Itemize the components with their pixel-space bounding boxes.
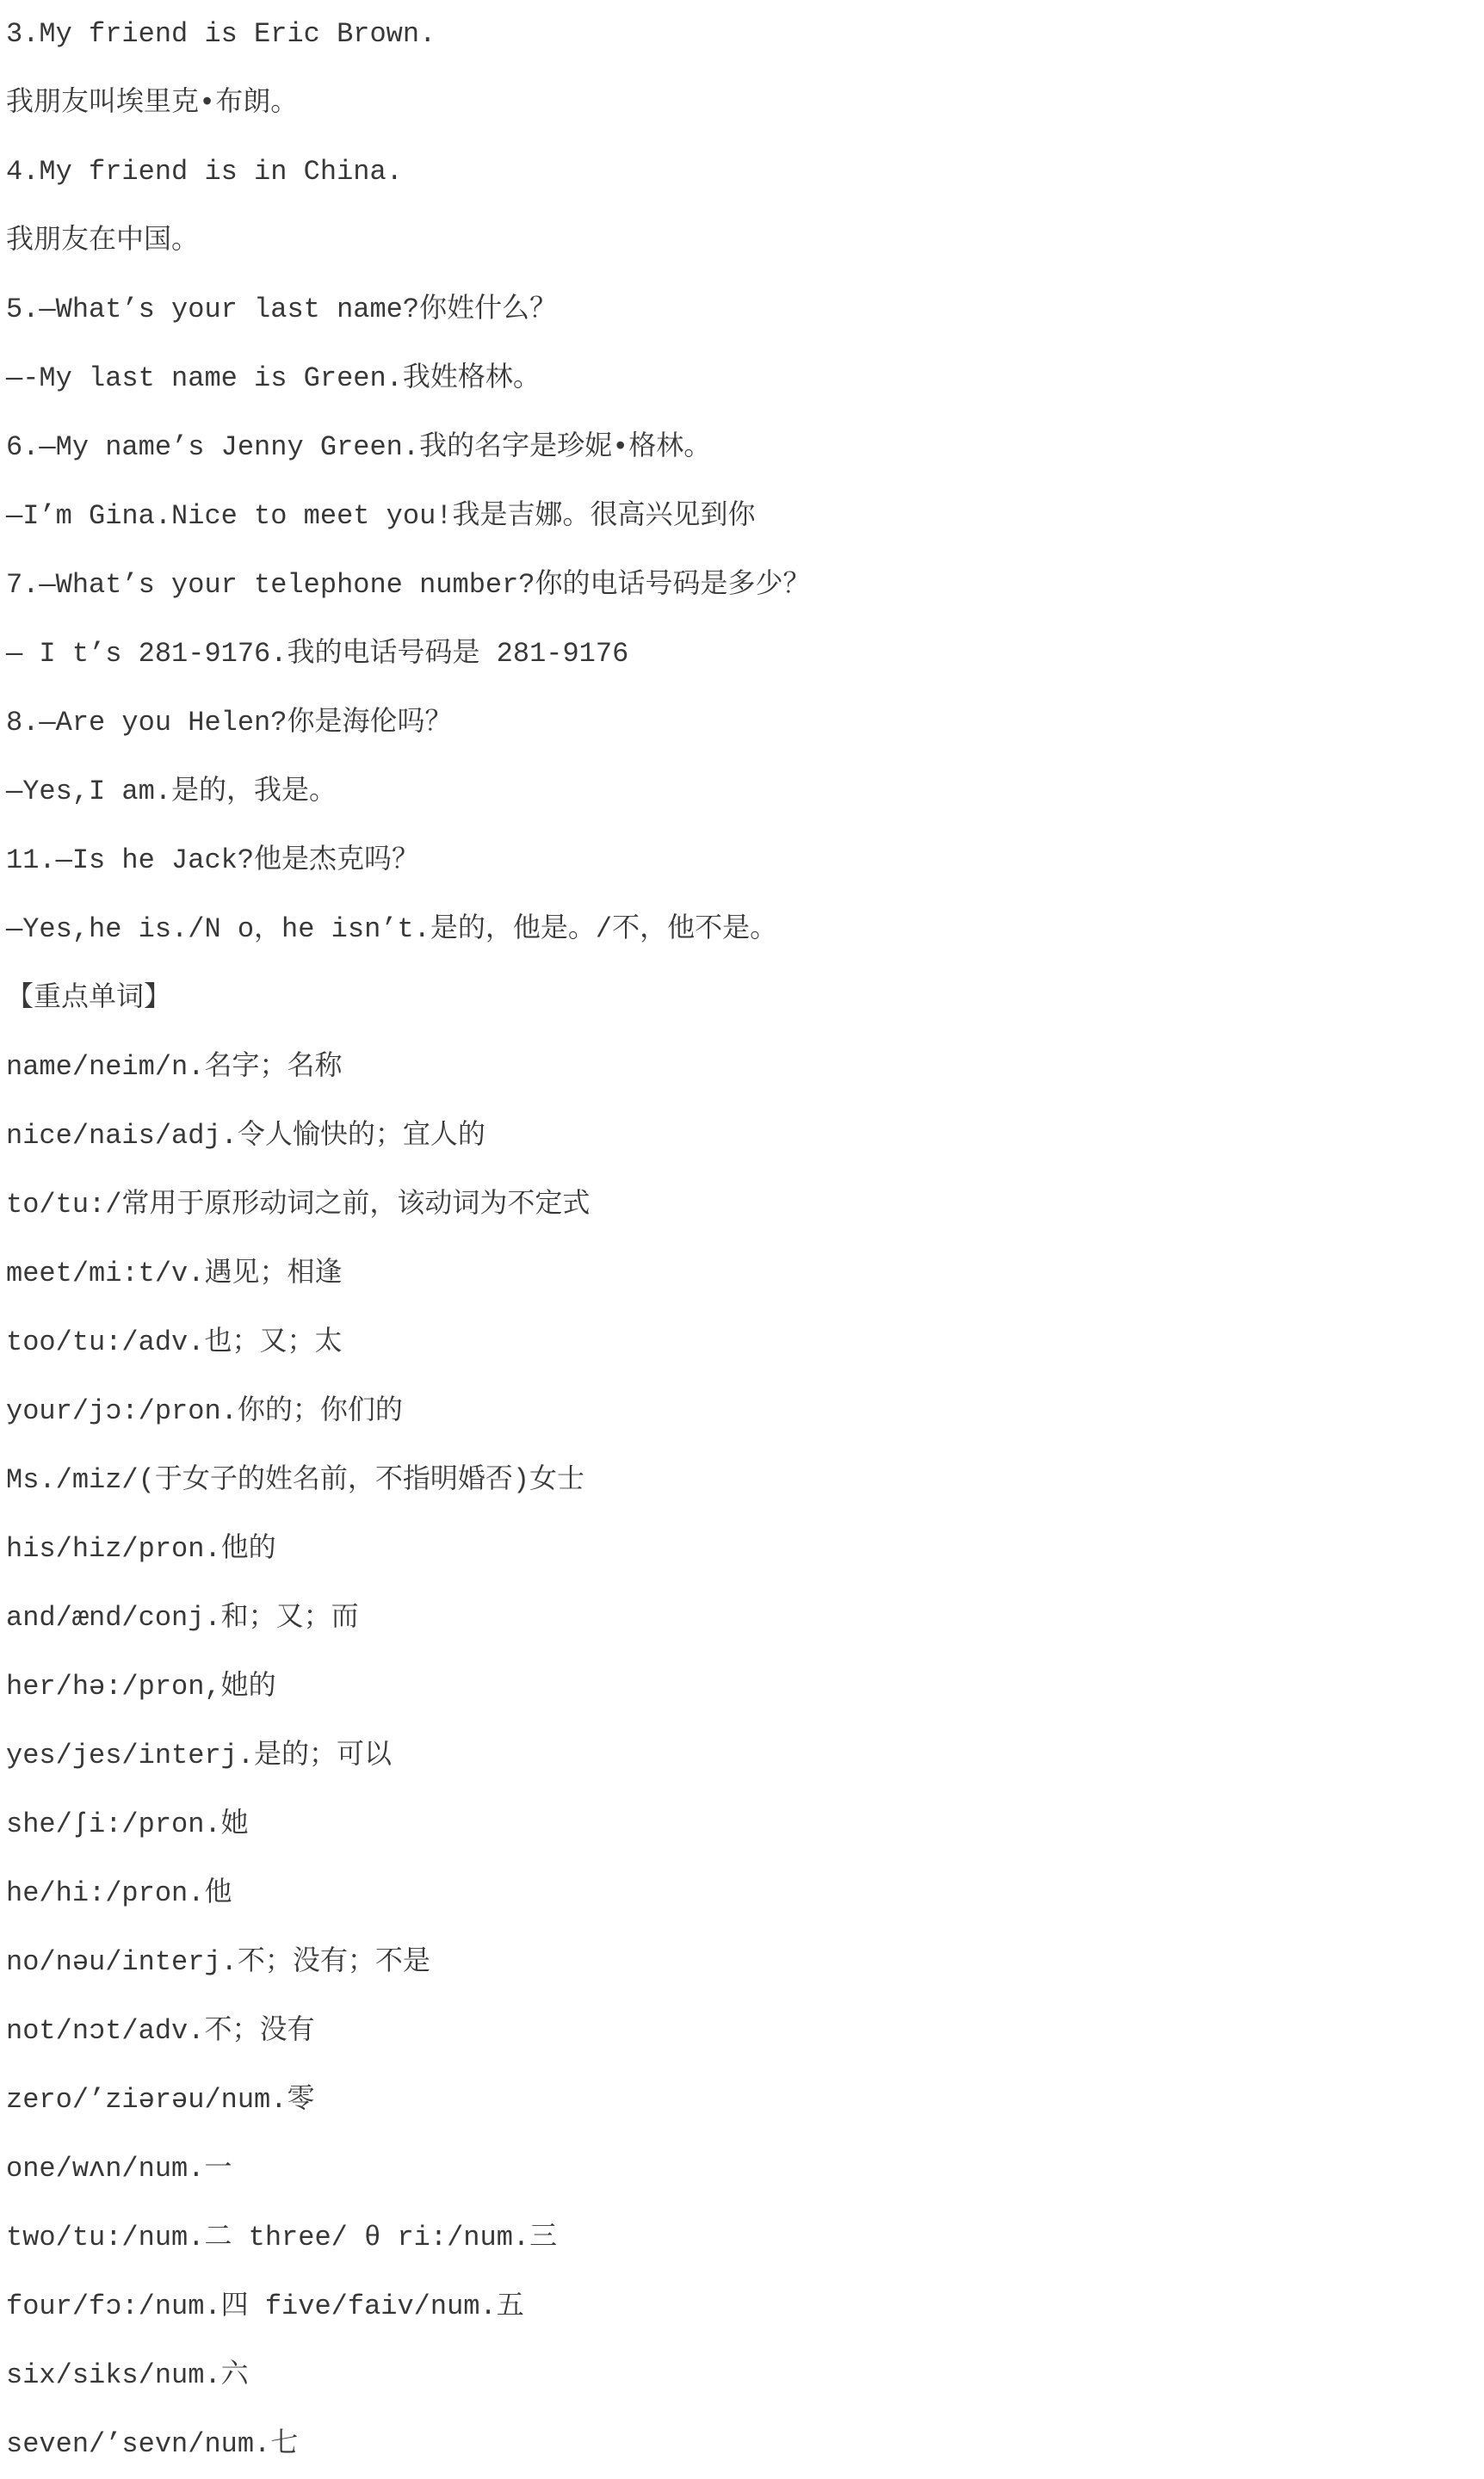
text-line: 8.—Are you Helen?你是海伦吗？ bbox=[6, 689, 1484, 757]
text-line: Ms./miz/(于女子的姓名前，不指明婚否)女士 bbox=[6, 1446, 1484, 1515]
text-line: four/fɔ:/num.四 five/faiv/num.五 bbox=[6, 2272, 1484, 2341]
text-line: — I t’s 281-9176.我的电话号码是 281-9176 bbox=[6, 620, 1484, 689]
text-line: 4.My friend is in China. bbox=[6, 138, 1484, 207]
text-line: 11.—Is he Jack?他是杰克吗？ bbox=[6, 826, 1484, 895]
text-line: her/hə:/pron,她的 bbox=[6, 1653, 1484, 1722]
text-line: your/jɔ:/pron.你的；你们的 bbox=[6, 1377, 1484, 1446]
text-line: one/wʌn/num.一 bbox=[6, 2135, 1484, 2204]
text-line: 7.—What’s your telephone number?你的电话号码是多… bbox=[6, 551, 1484, 620]
text-line: —Yes,he is./N o，he isn’t.是的，他是。/不，他不是。 bbox=[6, 895, 1484, 964]
text-line: too/tu:/adv.也；又；太 bbox=[6, 1308, 1484, 1377]
text-line: meet/mi:t/v.遇见；相逢 bbox=[6, 1239, 1484, 1308]
text-line: not/nɔt/adv.不；没有 bbox=[6, 1997, 1484, 2066]
text-line: seven/’sevn/num.七 bbox=[6, 2410, 1484, 2479]
text-line: 6.—My name’s Jenny Green.我的名字是珍妮•格林。 bbox=[6, 413, 1484, 482]
document-page: 3.My friend is Eric Brown.我朋友叫埃里克•布朗。4.M… bbox=[0, 0, 1484, 2479]
text-line: 我朋友在中国。 bbox=[6, 207, 1484, 275]
text-line: his/hiz/pron.他的 bbox=[6, 1515, 1484, 1584]
text-line: —-My last name is Green.我姓格林。 bbox=[6, 344, 1484, 413]
text-line: 【重点单词】 bbox=[6, 964, 1484, 1033]
text-line: he/hi:/pron.他 bbox=[6, 1859, 1484, 1928]
text-line: zero/’ziərəu/num.零 bbox=[6, 2066, 1484, 2135]
text-line: to/tu:/常用于原形动词之前，该动词为不定式 bbox=[6, 1171, 1484, 1239]
text-line: 我朋友叫埃里克•布朗。 bbox=[6, 69, 1484, 138]
text-line: name/neim/n.名字；名称 bbox=[6, 1033, 1484, 1102]
text-line: nice/nais/adj.令人愉快的；宜人的 bbox=[6, 1102, 1484, 1171]
text-line: 5.—What’s your last name?你姓什么？ bbox=[6, 275, 1484, 344]
text-line: —Yes,I am.是的，我是。 bbox=[6, 757, 1484, 826]
text-line: she/ʃi:/pron.她 bbox=[6, 1790, 1484, 1859]
text-line: and/ænd/conj.和；又；而 bbox=[6, 1584, 1484, 1653]
text-line: —I’m Gina.Nice to meet you!我是吉娜。很高兴见到你 bbox=[6, 482, 1484, 551]
text-line: yes/jes/interj.是的；可以 bbox=[6, 1722, 1484, 1790]
text-line: no/nəu/interj.不；没有；不是 bbox=[6, 1928, 1484, 1997]
text-line: two/tu:/num.二 three/ θ ri:/num.三 bbox=[6, 2204, 1484, 2272]
text-line: six/siks/num.六 bbox=[6, 2341, 1484, 2410]
text-line: 3.My friend is Eric Brown. bbox=[6, 0, 1484, 69]
